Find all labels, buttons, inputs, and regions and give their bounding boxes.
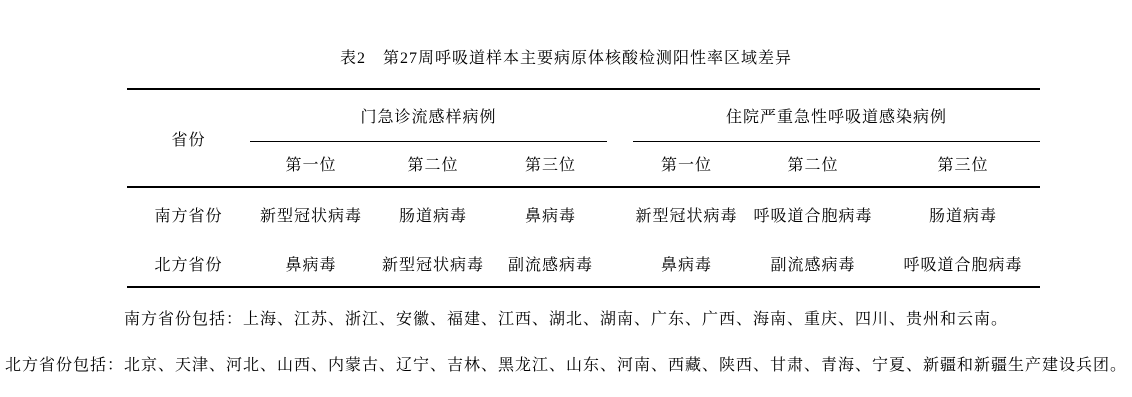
column-header-province: 省份 xyxy=(127,89,250,187)
subheader-hospitalized-rank-3: 第三位 xyxy=(886,141,1040,187)
subheader-outpatient-rank-3: 第三位 xyxy=(494,141,607,187)
cell-north-outpatient-1: 鼻病毒 xyxy=(250,241,372,287)
cell-south-hospitalized-3: 肠道病毒 xyxy=(886,187,1040,241)
cell-north-hospitalized-1: 鼻病毒 xyxy=(633,241,740,287)
cell-gap xyxy=(607,187,633,241)
cell-north-outpatient-2: 新型冠状病毒 xyxy=(372,241,494,287)
cell-south-outpatient-2: 肠道病毒 xyxy=(372,187,494,241)
column-group-hospitalized-sari: 住院严重急性呼吸道感染病例 xyxy=(633,89,1040,141)
document-page: 表2 第27周呼吸道样本主要病原体核酸检测阳性率区域差异 省份 门急诊流感样病例… xyxy=(0,0,1132,397)
subheader-outpatient-rank-1: 第一位 xyxy=(250,141,372,187)
subheader-outpatient-rank-2: 第二位 xyxy=(372,141,494,187)
table-group-header-row: 省份 门急诊流感样病例 住院严重急性呼吸道感染病例 xyxy=(127,89,1040,141)
footnote-southern-provinces: 南方省份包括：上海、江苏、浙江、安徽、福建、江西、湖北、湖南、广东、广西、海南、… xyxy=(0,306,1132,329)
cell-north-outpatient-3: 副流感病毒 xyxy=(494,241,607,287)
table-row-northern-provinces: 北方省份 鼻病毒 新型冠状病毒 副流感病毒 鼻病毒 副流感病毒 呼吸道合胞病毒 xyxy=(127,241,1040,287)
row-label-northern: 北方省份 xyxy=(127,241,250,287)
cell-north-hospitalized-3: 呼吸道合胞病毒 xyxy=(886,241,1040,287)
cell-gap xyxy=(607,241,633,287)
column-group-outpatient-ili: 门急诊流感样病例 xyxy=(250,89,607,141)
table-title: 表2 第27周呼吸道样本主要病原体核酸检测阳性率区域差异 xyxy=(0,45,1132,68)
pathogen-positivity-table: 省份 门急诊流感样病例 住院严重急性呼吸道感染病例 第一位 第二位 第三位 第一… xyxy=(127,88,1040,288)
column-group-gap xyxy=(607,89,633,187)
cell-south-hospitalized-2: 呼吸道合胞病毒 xyxy=(740,187,886,241)
row-label-southern: 南方省份 xyxy=(127,187,250,241)
table-subheader-row: 第一位 第二位 第三位 第一位 第二位 第三位 xyxy=(127,141,1040,187)
cell-south-outpatient-3: 鼻病毒 xyxy=(494,187,607,241)
cell-south-hospitalized-1: 新型冠状病毒 xyxy=(633,187,740,241)
subheader-hospitalized-rank-1: 第一位 xyxy=(633,141,740,187)
footnote-northern-provinces: 北方省份包括：北京、天津、河北、山西、内蒙古、辽宁、吉林、黑龙江、山东、河南、西… xyxy=(0,352,1132,375)
subheader-hospitalized-rank-2: 第二位 xyxy=(740,141,886,187)
cell-north-hospitalized-2: 副流感病毒 xyxy=(740,241,886,287)
table-row-southern-provinces: 南方省份 新型冠状病毒 肠道病毒 鼻病毒 新型冠状病毒 呼吸道合胞病毒 肠道病毒 xyxy=(127,187,1040,241)
cell-south-outpatient-1: 新型冠状病毒 xyxy=(250,187,372,241)
